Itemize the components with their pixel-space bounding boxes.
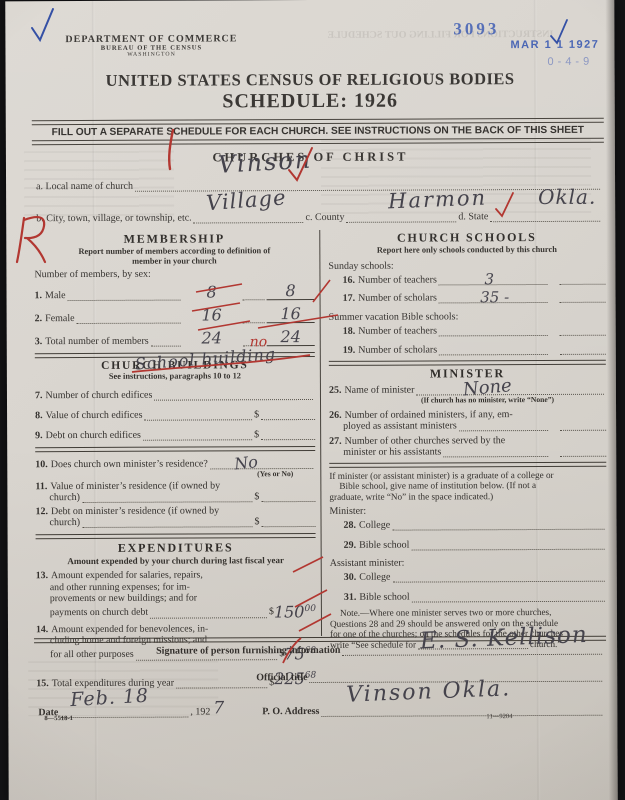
dotted-blank — [154, 399, 313, 401]
dotted-blank — [60, 717, 188, 719]
form-schedule-year: SCHEDULE: 1926 — [6, 89, 615, 115]
dotted-blank — [560, 455, 606, 456]
dotted-blank — [560, 353, 606, 354]
row-label-cont: payments on church debt — [50, 607, 148, 619]
row-17-scholars: 17. Number of scholars 35 - — [329, 291, 606, 303]
final-value: 16 — [267, 306, 315, 323]
date-value: Feb. 18 — [70, 687, 150, 710]
dotted-blank: 35 - — [439, 302, 548, 303]
dotted-blank — [262, 526, 316, 527]
dollar-sign: $ — [254, 409, 259, 420]
row-12-residence-debt: 12. Debt on minister’s residence (if own… — [35, 505, 315, 528]
dotted-blank — [261, 419, 315, 420]
membership-heading: MEMBERSHIP — [34, 231, 314, 247]
pencil-value: 24 — [183, 330, 241, 346]
amount-dollars: 150 — [274, 602, 305, 621]
dotted-blank — [490, 221, 600, 222]
row-label: Debt on church edifices — [46, 429, 141, 440]
dotted-blank — [392, 581, 604, 583]
row-number: 14. — [36, 624, 48, 635]
left-column: MEMBERSHIP Report number of members acco… — [34, 231, 316, 689]
row-number: 28. — [344, 520, 357, 531]
row-label: Bible school — [359, 592, 409, 603]
row-number: 12. — [35, 506, 48, 517]
right-column: CHURCH SCHOOLS Report here only schools … — [328, 230, 607, 650]
dotted-blank — [194, 222, 304, 223]
row-label: Number of scholars — [358, 292, 437, 303]
row-label: Number of ordained ministers, if any, em… — [345, 409, 513, 421]
row-number: 31. — [344, 592, 357, 603]
row-label: Amount expended for benevolences, in- — [51, 623, 208, 635]
pencil-code: 0-4-9 — [547, 56, 593, 68]
row-label: Number of teachers — [358, 325, 437, 336]
local-name-row: a. Local name of church — [36, 179, 602, 192]
row-number: 3. — [35, 336, 43, 347]
row-26-ordained: 26. Number of ordained ministers, if any… — [329, 408, 606, 431]
row-18-teachers: 18. Number of teachers — [329, 324, 606, 336]
agency-line1: DEPARTMENT OF COMMERCE — [65, 33, 237, 45]
form-code: 8—5518-1 — [44, 715, 73, 722]
assistant-sub-label: Assistant minister: — [330, 557, 607, 569]
vacation-schools-label: Summer vacation Bible schools: — [329, 310, 606, 322]
dotted-blank — [346, 221, 456, 222]
county-value: Harmon — [388, 188, 488, 213]
po-address-label: P. O. Address — [262, 706, 319, 717]
sunday-schools-label: Sunday schools: — [328, 259, 605, 271]
residence-answer: No — [233, 454, 258, 472]
church-buildings-subtitle: See instructions, paragraphs 10 to 12 — [35, 371, 315, 382]
row-number: 11. — [35, 481, 47, 492]
dollar-sign: $ — [255, 516, 260, 527]
dotted-blank — [459, 430, 548, 431]
expenditures-heading: EXPENDITURES — [36, 540, 316, 556]
dotted-blank — [439, 354, 548, 355]
local-name-label: a. Local name of church — [36, 181, 133, 192]
teachers-value: 3 — [484, 272, 494, 287]
local-name-value: Vinson — [217, 148, 312, 177]
official-title-label: Official title — [256, 672, 307, 683]
location-row: b. City, town, village, or township, etc… — [36, 211, 602, 224]
serial-number-stamp: 3093 — [453, 19, 499, 39]
scholars-value: 35 - — [480, 290, 509, 305]
section-rule — [36, 533, 316, 539]
row-7-edifices: 7. Number of church edifices — [35, 389, 315, 401]
row-number: 29. — [344, 540, 357, 551]
paper-edge-shadow — [605, 0, 617, 800]
form-title: UNITED STATES CENSUS OF RELIGIOUS BODIES — [6, 69, 615, 92]
pencil-value: 16 — [183, 307, 241, 323]
row-label-cont: minister or his assistants — [343, 446, 441, 457]
dotted-blank — [261, 439, 315, 440]
dotted-blank — [68, 300, 181, 301]
dotted-blank — [411, 549, 604, 551]
row-27-other-churches: 27. Number of other churches served by t… — [329, 434, 606, 457]
dotted-blank — [559, 283, 605, 284]
official-title-row: Official title — [38, 671, 604, 684]
membership-intro: Number of members, by sex: — [34, 268, 314, 280]
printed-192: , 192 — [190, 706, 210, 717]
dotted-blank — [439, 335, 548, 336]
dotted-blank — [560, 301, 606, 302]
dotted-blank — [261, 501, 315, 502]
row-10-own-residence: 10. Does church own minister’s residence… — [35, 458, 315, 470]
graduate-paragraph: If minister (or assistant minister) is a… — [329, 469, 606, 502]
yes-or-no-hint: (Yes or No) — [35, 469, 315, 479]
expenditures-subtitle: Amount expended by your church during la… — [36, 555, 316, 566]
row-label: Debt on minister’s residence (if owned b… — [51, 505, 219, 517]
row-31-bible-school: 31. Bible school — [330, 591, 607, 603]
city-value: Village — [205, 187, 287, 214]
dotted-blank — [150, 617, 267, 619]
minister-sub-label: Minister: — [329, 505, 606, 517]
row-label: Number of other churches served by the — [345, 435, 506, 447]
agency-line3: WASHINGTON — [65, 51, 237, 58]
dotted-blank — [144, 419, 252, 420]
row-28-college: 28. College — [330, 519, 607, 531]
row-number: 16. — [342, 274, 355, 285]
final-value: 8 — [266, 283, 314, 300]
row-label: Number of scholars — [358, 344, 437, 355]
membership-subtitle: member in your church — [34, 256, 314, 267]
row-label: Number of church edifices — [45, 389, 152, 400]
row-11-residence-value: 11. Value of minister’s residence (if ow… — [35, 480, 315, 503]
dotted-blank — [243, 322, 265, 323]
dotted-blank — [560, 429, 606, 430]
row-16-teachers: 16. Number of teachers 3 — [328, 273, 605, 285]
dotted-blank — [82, 501, 252, 503]
row-label: College — [359, 572, 390, 583]
amount-cents: 00 — [304, 604, 315, 614]
received-date-stamp: MAR 1 1 1927 — [510, 39, 599, 51]
row-30-college: 30. College — [330, 571, 607, 583]
row-number: 1. — [35, 290, 43, 301]
church-schools-heading: CHURCH SCHOOLS — [328, 230, 605, 246]
member-row-male: 1. Male 8 8 — [34, 283, 314, 301]
print-code: 11—9204 — [486, 713, 512, 720]
banner-box: FILL OUT A SEPARATE SCHEDULE FOR EACH CH… — [32, 118, 604, 145]
row-number: 9. — [35, 430, 43, 441]
row-number: 27. — [329, 435, 342, 446]
state-label: d. State — [458, 211, 488, 222]
dotted-blank — [176, 687, 267, 688]
row-label: Bible school — [359, 540, 409, 551]
state-value: Okla. — [538, 187, 596, 207]
row-29-bible-school: 29. Bible school — [330, 539, 607, 551]
dotted-blank — [560, 334, 606, 335]
signature-label: Signature of person furnishing informati… — [156, 645, 340, 657]
dotted-blank — [77, 323, 181, 324]
dotted-blank — [82, 526, 252, 528]
dotted-blank: 3 — [439, 284, 548, 285]
row-label: Does church own minister’s residence? — [51, 458, 208, 470]
section-rule — [35, 446, 315, 452]
dotted-blank — [136, 659, 278, 661]
row-number: 19. — [343, 344, 356, 355]
row-label: Name of minister — [344, 384, 414, 395]
row-number: 18. — [343, 325, 356, 336]
row-number: 13. — [36, 570, 48, 581]
dotted-blank — [143, 439, 252, 440]
row-8-value: 8. Value of church edifices $ — [35, 409, 315, 421]
row-number: 25. — [329, 384, 342, 395]
row-label: College — [359, 520, 390, 531]
row-25-minister-name: 25. Name of minister None — [329, 383, 606, 395]
red-correction-note: no — [250, 334, 268, 350]
dotted-blank — [342, 654, 602, 656]
dotted-blank — [392, 529, 604, 531]
row-label: Female — [45, 313, 74, 324]
row-label: Value of minister’s residence (if owned … — [50, 480, 220, 492]
city-label: b. City, town, village, or township, etc… — [36, 213, 191, 225]
church-schools-subtitle: Report here only schools conducted by th… — [328, 245, 605, 256]
row-label: Total number of members — [45, 336, 148, 347]
dotted-blank — [443, 456, 548, 457]
dotted-blank — [151, 346, 181, 347]
dotted-blank — [412, 601, 605, 603]
row-number: 8. — [35, 410, 43, 421]
row-label: Value of church edifices — [46, 409, 143, 420]
year-digit-value: 7 — [213, 700, 224, 717]
paragraph-line: graduate, write “No” in the space indica… — [329, 490, 606, 502]
row-13-running-expenses: 13.Amount expended for salaries, repairs… — [36, 569, 316, 619]
row-number: 10. — [35, 459, 48, 470]
county-label: c. County — [306, 212, 345, 223]
row-label: Male — [45, 290, 66, 301]
row-number: 30. — [344, 572, 357, 583]
rule — [32, 138, 604, 145]
row-label: Amount expended for salaries, repairs, — [51, 569, 203, 581]
row-label-cont: church) — [50, 517, 81, 528]
row-number: 26. — [329, 409, 342, 420]
row-number: 2. — [35, 313, 43, 324]
row-label: Number of teachers — [358, 274, 437, 285]
dotted-blank — [243, 299, 265, 300]
dollar-sign: $ — [254, 429, 259, 440]
row-number: 7. — [35, 390, 43, 401]
column-divider — [319, 230, 322, 636]
row-number: 17. — [343, 292, 356, 303]
section-rule — [329, 461, 606, 467]
row-label-cont: church) — [49, 492, 80, 503]
row-19-scholars: 19. Number of scholars — [329, 343, 606, 355]
minister-name-value: None — [463, 377, 513, 399]
dollar-sign: $ — [254, 491, 259, 502]
member-row-female: 2. Female 16 16 — [35, 306, 315, 324]
row-9-debt: 9. Debt on church edifices $ — [35, 429, 315, 441]
pencil-value: 8 — [182, 284, 240, 300]
row-label-cont: ployed as assistant ministers — [343, 420, 457, 431]
census-schedule-sheet: INSTRUCTIONS FOR FILLING OUT SCHEDULE DE… — [5, 0, 617, 800]
agency-block: DEPARTMENT OF COMMERCE BUREAU OF THE CEN… — [65, 33, 237, 58]
dotted-blank — [321, 715, 602, 717]
